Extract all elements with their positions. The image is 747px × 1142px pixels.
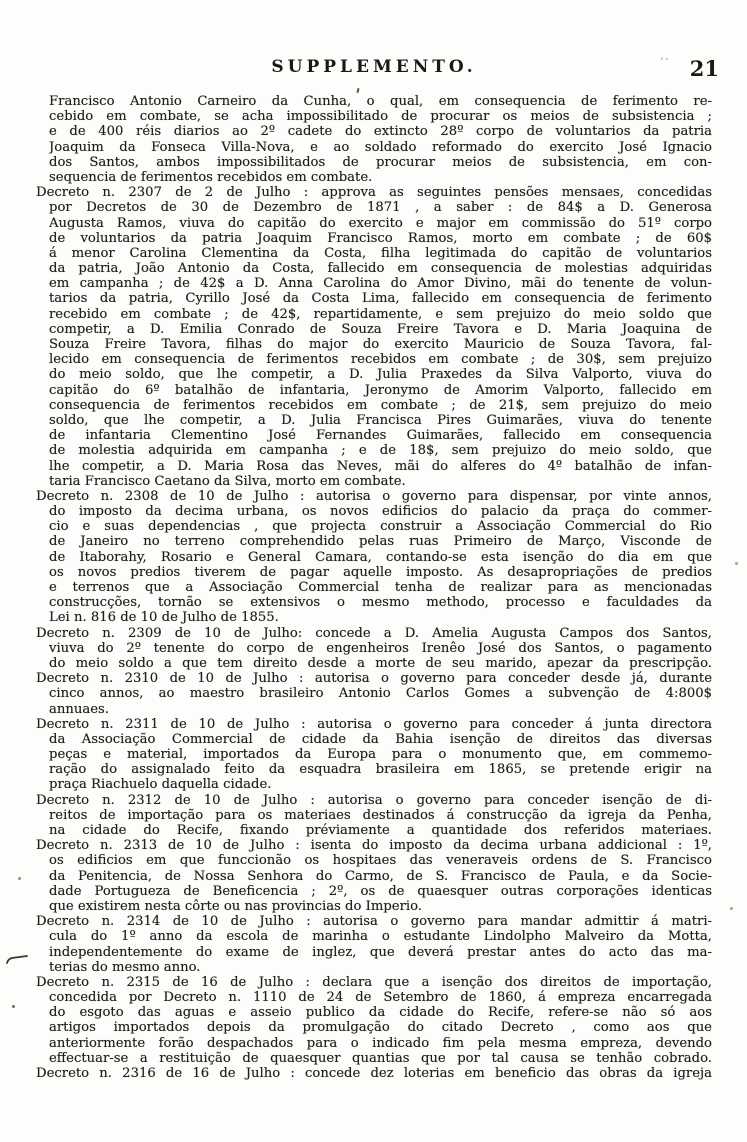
paragraph-decreto-2307: Decreto n. 2307 de 2 de Julho : approva …	[36, 185, 712, 489]
text-line: sequencia de ferimentos recebidos em com…	[49, 170, 712, 185]
scan-speck	[12, 1005, 15, 1008]
text-line: independentemente do exame de inglez, qu…	[49, 945, 712, 960]
text-line: do meio soldo, que lhe competir, a D. Ju…	[49, 367, 712, 382]
paragraph-decreto-2309: Decreto n. 2309 de 10 de Julho: concede …	[36, 626, 712, 672]
text-line: Decreto n. 2310 de 10 de Julho : autoris…	[36, 671, 712, 686]
text-line: do meio soldo a que tem direito desde a …	[49, 656, 712, 671]
text-line: na cidade do Recife, fixando préviamente…	[49, 823, 712, 838]
text-line: de infantaria Clementino José Fernandes …	[49, 428, 712, 443]
text-line: Decreto n. 2316 de 16 de Julho : concede…	[36, 1066, 712, 1081]
text-line: de voluntarios da patria Joaquim Francis…	[49, 231, 712, 246]
text-line: os novos predios tiverem de pagar aquell…	[49, 565, 712, 580]
text-line: dade Portugueza de Beneficencia ; 2º, os…	[49, 884, 712, 899]
text-line: Decreto n. 2307 de 2 de Julho : approva …	[36, 185, 712, 200]
text-line: concedida por Decreto n. 1110 de 24 de S…	[49, 990, 712, 1005]
running-head-title: SUPPLEMENTO.	[36, 57, 712, 77]
text-line: consequencia de ferimentos recebidos em …	[49, 398, 712, 413]
text-line: Decreto n. 2312 de 10 de Julho : autoris…	[36, 793, 712, 808]
text-line: Decreto n. 2313 de 10 de Julho : isenta …	[36, 838, 712, 853]
text-line: á menor Carolina Clementina da Costa, fi…	[49, 246, 712, 261]
text-line: dos Santos, ambos impossibilitados de pr…	[49, 155, 712, 170]
paragraph-decreto-2316: Decreto n. 2316 de 16 de Julho : concede…	[36, 1066, 712, 1081]
text-line: de Janeiro no terreno comprehendido pela…	[49, 534, 712, 549]
text-line: e terrenos que a Associação Commercial t…	[49, 580, 712, 595]
text-line: por Decretos de 30 de Dezembro de 1871 ,…	[49, 200, 712, 215]
text-line: os edificios em que funccionão os hospit…	[49, 853, 712, 868]
text-line: da Associação Commercial de cidade da Ba…	[49, 732, 712, 747]
text-line: ração do assignalado feito da esquadra b…	[49, 762, 712, 777]
text-line: da patria, João Antonio da Costa, fallec…	[49, 261, 712, 276]
text-line: effectuar-se a restituição de quaesquer …	[49, 1051, 712, 1066]
text-line: que existirem nesta côrte ou nas provinc…	[49, 899, 712, 914]
scan-speck	[730, 907, 733, 910]
page-number: 21	[690, 56, 719, 81]
text-line: cebido em combate, se acha impossibilita…	[49, 109, 712, 124]
scan-speck	[735, 562, 738, 565]
text-line: cinco annos, ao maestro brasileiro Anton…	[49, 686, 712, 701]
paragraph-decreto-2312: Decreto n. 2312 de 10 de Julho : autoris…	[36, 793, 712, 839]
text-line: e de 400 réis diarios ao 2º cadete do ex…	[49, 124, 712, 139]
text-line: capitão do 6º batalhão de infantaria, Je…	[49, 383, 712, 398]
text-line: do imposto da decima urbana, os novos ed…	[49, 504, 712, 519]
text-line: Lei n. 816 de 10 de Julho de 1855.	[49, 610, 712, 625]
text-line: artigos importados depois da promulgação…	[49, 1020, 712, 1035]
text-line: reitos de importação para os materiaes d…	[49, 808, 712, 823]
paragraph-decreto-2308: Decreto n. 2308 de 10 de Julho : autoris…	[36, 489, 712, 626]
scan-speck	[356, 88, 359, 93]
paragraph-continuation-pension: Francisco Antonio Carneiro da Cunha, o q…	[36, 94, 712, 185]
document-body: Francisco Antonio Carneiro da Cunha, o q…	[36, 94, 712, 1081]
paragraph-decreto-2315: Decreto n. 2315 de 16 de Julho : declara…	[36, 975, 712, 1066]
scan-speck	[18, 877, 21, 880]
text-line: de molestia adquirida em campanha ; e de…	[49, 443, 712, 458]
text-line: Francisco Antonio Carneiro da Cunha, o q…	[49, 94, 712, 109]
text-line: Joaquim da Fonseca Villa-Nova, e ao sold…	[49, 140, 712, 155]
text-line: tarios da patria, Cyrillo José da Costa …	[49, 291, 712, 306]
text-line: taria Francisco Caetano da Silva, morto …	[49, 474, 712, 489]
text-line: anteriormente forão despachados para o i…	[49, 1036, 712, 1051]
paragraph-decreto-2314: Decreto n. 2314 de 10 de Julho : autoris…	[36, 914, 712, 975]
text-line: lecido em consequencia de ferimentos rec…	[49, 352, 712, 367]
text-line: lhe competir, a D. Maria Rosa das Neves,…	[49, 459, 712, 474]
text-line: peças e material, importados da Europa p…	[49, 747, 712, 762]
text-line: Decreto n. 2315 de 16 de Julho : declara…	[36, 975, 712, 990]
text-line: praça Riachuelo daquella cidade.	[49, 777, 712, 792]
paragraph-decreto-2311: Decreto n. 2311 de 10 de Julho : autoris…	[36, 717, 712, 793]
scanned-document-page: SUPPLEMENTO. 21 Francisco Antonio Carnei…	[0, 0, 747, 1142]
text-line: do esgoto das aguas e asseio publico da …	[49, 1005, 712, 1020]
text-line: competir, a D. Emilia Conrado de Souza F…	[49, 322, 712, 337]
text-line: annuaes.	[49, 702, 712, 717]
text-line: cio e suas dependencias , que projecta c…	[49, 519, 712, 534]
text-line: Augusta Ramos, viuva do capitão do exerc…	[49, 216, 712, 231]
text-line: construcções, tornão se extensivos o mes…	[49, 595, 712, 610]
text-line: da Penitencia, de Nossa Senhora do Carmo…	[49, 869, 712, 884]
text-line: cula do 1º anno da escola de marinha o e…	[49, 929, 712, 944]
text-line: de Itaborahy, Rosario e General Camara, …	[49, 550, 712, 565]
text-line: Decreto n. 2311 de 10 de Julho : autoris…	[36, 717, 712, 732]
text-line: soldo, que lhe competir, a D. Julia Fran…	[49, 413, 712, 428]
text-line: terias do mesmo anno.	[49, 960, 712, 975]
text-line: Decreto n. 2308 de 10 de Julho : autoris…	[36, 489, 712, 504]
text-line: recebido em combate ; de 42$, repartidam…	[49, 307, 712, 322]
text-line: Souza Freire Tavora, filhas do major do …	[49, 337, 712, 352]
text-line: Decreto n. 2314 de 10 de Julho : autoris…	[36, 914, 712, 929]
paragraph-decreto-2310: Decreto n. 2310 de 10 de Julho : autoris…	[36, 671, 712, 717]
text-line: viuva do 2º tenente do corpo de engenhei…	[49, 641, 712, 656]
text-line: em campanha ; de 42$ a D. Anna Carolina …	[49, 276, 712, 291]
handwritten-margin-mark	[4, 952, 30, 968]
paragraph-decreto-2313: Decreto n. 2313 de 10 de Julho : isenta …	[36, 838, 712, 914]
text-line: Decreto n. 2309 de 10 de Julho: concede …	[36, 626, 712, 641]
